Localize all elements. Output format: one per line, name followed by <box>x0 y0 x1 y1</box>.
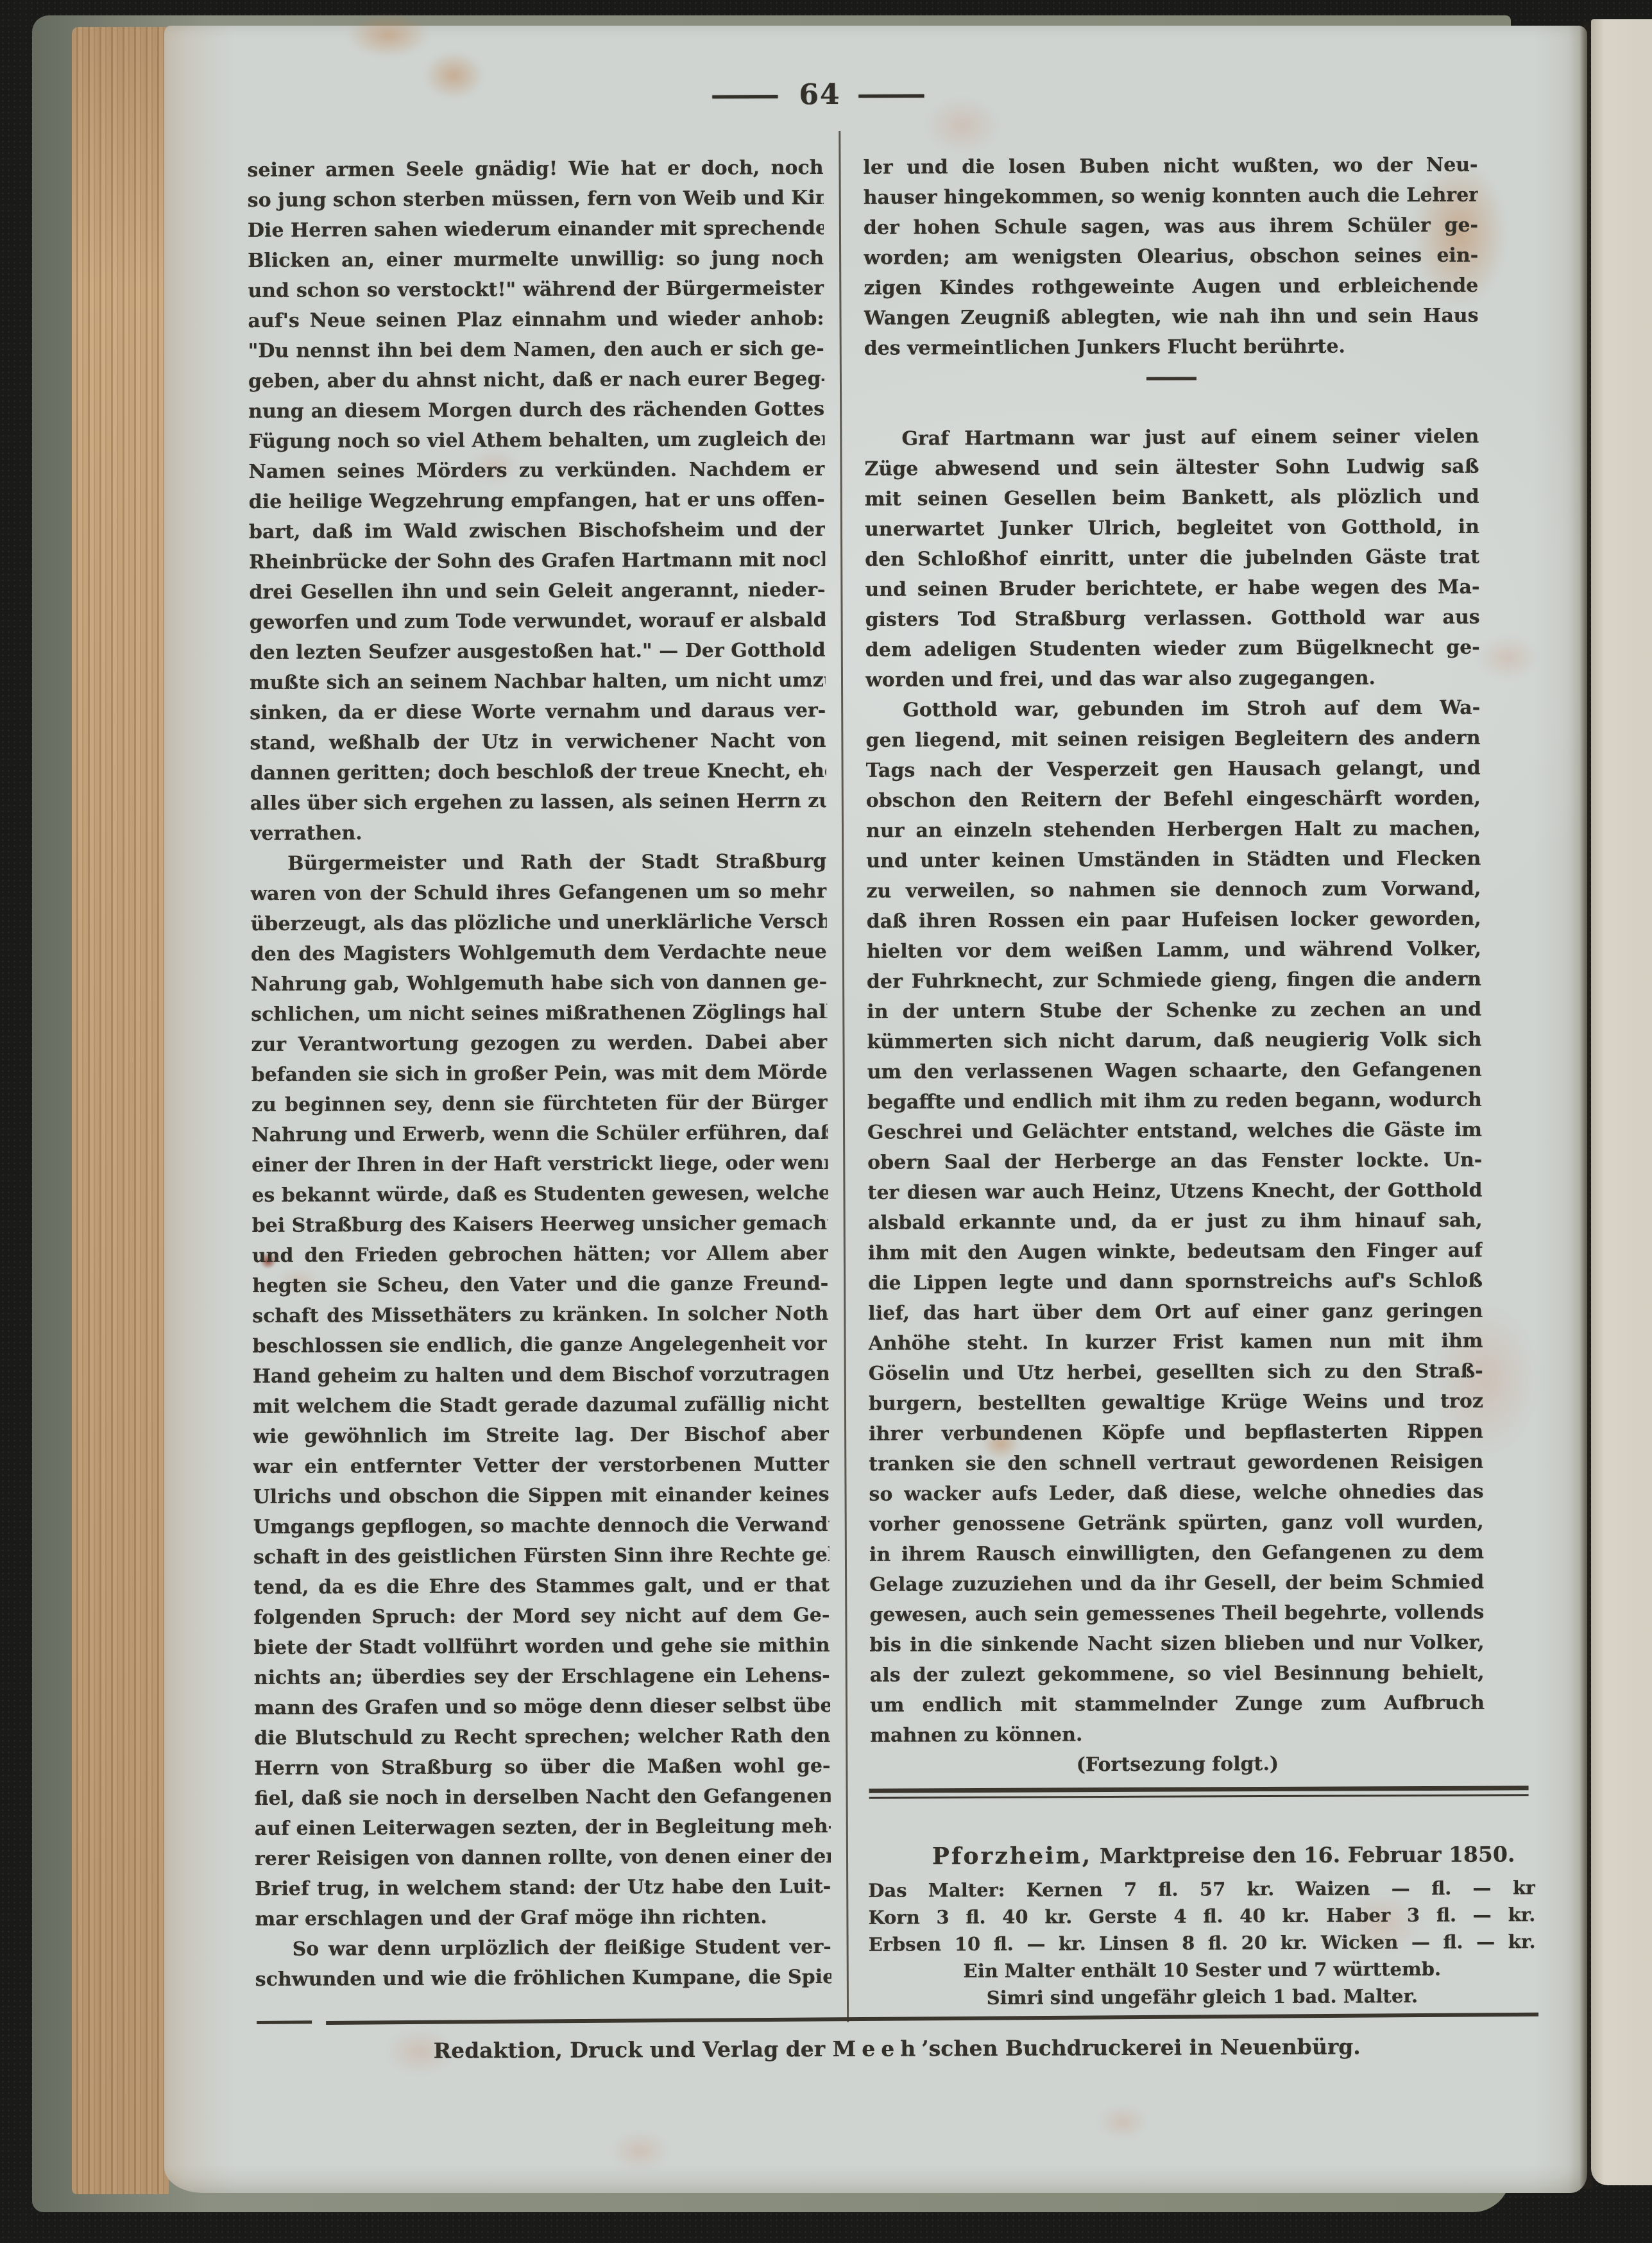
text-line: zu verweilen, so nahmen sie dennoch zum … <box>866 874 1481 907</box>
text-line: Fügung noch so viel Athem behalten, um z… <box>248 424 824 457</box>
text-line: kümmerten sich nicht darum, daß neugieri… <box>867 1025 1481 1057</box>
text-line: folgenden Spruch: der Mord sey nicht auf… <box>253 1600 830 1633</box>
text-line: auf einen Leiterwagen sezten, der in Beg… <box>255 1811 831 1844</box>
text-line: nur an einzeln stehenden Herbergen Halt … <box>866 814 1481 846</box>
text-line: die Blutschuld zu Recht sprechen; welche… <box>254 1721 830 1753</box>
text-line: so jung schon sterben müssen, fern von W… <box>248 183 824 216</box>
text-line: in der untern Stube der Schenke zu zeche… <box>867 994 1481 1027</box>
text-line: gen liegend, mit seinen reisigen Begleit… <box>865 723 1480 756</box>
text-line: worden und frei, und das war also zugega… <box>865 663 1480 695</box>
imprint-pre: Redaktion, Druck und Verlag der <box>434 2036 833 2063</box>
text-line: stand, weßhalb der Utz in verwichener Na… <box>250 726 826 758</box>
text-line: schaft des Missethäters zu kränken. In s… <box>252 1299 828 1331</box>
market-report: Das Malter: Kernen 7 fl. 57 kr. Waizen —… <box>868 1874 1536 2012</box>
text-line: um endlich mit stammelnder Zunge zum Auf… <box>870 1688 1485 1721</box>
text-line: Züge abwesend und sein ältester Sohn Lud… <box>864 452 1479 484</box>
text-line: drei Gesellen ihn und sein Geleit angera… <box>249 575 825 608</box>
text-line: mahnen zu können. <box>870 1718 1485 1751</box>
printed-page-content: — 64 — seiner armen Seele gnädig! Wie ha… <box>0 0 1652 2243</box>
imprint-post: ’schen Buchdruckerei in Neuenbürg. <box>921 2034 1361 2061</box>
text-line: ler und die losen Buben nicht wußten, wo… <box>863 150 1477 183</box>
text-line: geworfen und zum Tode verwundet, worauf … <box>249 605 825 638</box>
text-line: hegten sie Scheu, den Vater und die ganz… <box>252 1268 828 1301</box>
text-line: mar erschlagen und der Graf möge ihn ric… <box>255 1902 831 1934</box>
text-line: um den verlassenen Wagen schaarte, den G… <box>867 1055 1482 1087</box>
text-line: zu beginnen sey, denn sie fürchteten für… <box>251 1087 828 1120</box>
text-line: waren von der Schuld ihres Gefangenen um… <box>250 876 826 909</box>
imprint-printer-name: Meeh <box>833 2036 922 2061</box>
text-line: schwunden und wie die fröhlichen Kumpane… <box>255 1962 831 1995</box>
text-line: den lezten Seufzer ausgestoßen hat." — D… <box>250 635 826 668</box>
text-line: schaft in des geistlichen Fürsten Sinn i… <box>253 1540 830 1573</box>
text-line: Namen seines Mörders zu verkünden. Nachd… <box>248 454 824 487</box>
text-line: ihm mit den Augen winkte, bedeutsam den … <box>868 1236 1483 1268</box>
text-line: und schon so verstockt!" während der Bür… <box>248 273 824 306</box>
text-line: befanden sie sich in großer Pein, was mi… <box>251 1057 828 1090</box>
text-line: die Lippen legte und dann spornstreichs … <box>868 1266 1483 1299</box>
text-line: bis in die sinkende Nacht sizen blieben … <box>869 1628 1484 1660</box>
market-city: Pforzheim, <box>932 1842 1093 1870</box>
text-line: ihrer verbundenen Köpfe und bepflasterte… <box>869 1417 1483 1449</box>
right-text-column: ler und die losen Buben nicht wußten, wo… <box>863 150 1485 1781</box>
text-line: es bekannt würde, daß es Studenten gewes… <box>251 1178 828 1211</box>
text-line: dannen geritten; doch beschloß der treue… <box>250 756 826 789</box>
text-line: Tags nach der Vesperzeit gen Hausach gel… <box>866 753 1481 786</box>
text-line: und seinen Bruder berichtete, er habe we… <box>865 572 1479 605</box>
text-line: nung an diesem Morgen durch des rächende… <box>248 394 824 427</box>
bottom-rule <box>326 2013 1538 2025</box>
page-number-header: — 64 — <box>246 69 1394 119</box>
text-line: obern Saal der Herberge an das Fenster l… <box>867 1145 1482 1178</box>
text-line: Nahrung gab, Wohlgemuth habe sich von da… <box>251 967 827 1000</box>
text-line: Geschrei und Gelächter entstand, welches… <box>867 1115 1482 1148</box>
text-line: tranken sie den schnell vertraut geworde… <box>869 1447 1483 1480</box>
text-line: als der zulezt gekommene, so viel Besinn… <box>870 1658 1485 1691</box>
market-heading-rest: Marktpreise den 16. Februar 1850. <box>1092 1841 1515 1868</box>
text-line: vorher genossene Getränk spürten, ganz v… <box>869 1507 1484 1540</box>
market-report-heading: Pforzheim, Marktpreise den 16. Februar 1… <box>871 1837 1535 1873</box>
text-line: beschlossen sie endlich, die ganze Angel… <box>252 1329 828 1361</box>
text-line: des vermeintlichen Junkers Flucht berühr… <box>864 331 1479 364</box>
text-line: Göselin und Utz herbei, gesellten sich z… <box>869 1356 1483 1389</box>
text-line: bart, daß im Wald zwischen Bischofsheim … <box>249 515 825 547</box>
text-line: alles über sich ergehen zu lassen, als s… <box>250 786 826 819</box>
text-line: einer der Ihren in der Haft verstrickt l… <box>251 1148 828 1181</box>
text-line: begaffte und endlich mit ihm zu reden be… <box>867 1085 1482 1118</box>
text-line: Blicken an, einer murmelte unwillig: so … <box>248 243 824 276</box>
text-line <box>864 391 1479 424</box>
text-line: biete der Stadt vollführt worden und geh… <box>253 1630 830 1663</box>
text-line: bei Straßburg des Kaisers Heerweg unsich… <box>252 1208 828 1241</box>
text-line: wie gewöhnlich im Streite lag. Der Bisch… <box>253 1419 829 1452</box>
text-line: Gelage zuzuziehen und da ihr Gesell, der… <box>869 1567 1484 1600</box>
text-line: der hohen Schule sagen, was aus ihrem Sc… <box>864 210 1478 243</box>
text-line: "Du nennst ihn bei dem Namen, den auch e… <box>248 334 824 366</box>
text-line: Bürgermeister und Rath der Stadt Straßbu… <box>250 846 826 879</box>
text-line: lief, das hart über dem Ort auf einer ga… <box>868 1296 1483 1329</box>
text-line: dem adeligen Studenten wieder zum Bügelk… <box>865 633 1480 665</box>
text-line: Herrn von Straßburg so über die Maßen wo… <box>254 1751 830 1784</box>
text-line: auf's Neue seinen Plaz einnahm und wiede… <box>248 303 824 336</box>
text-line: den des Magisters Wohlgemuth dem Verdach… <box>251 937 827 969</box>
text-line: den Schloßhof einritt, unter die jubelnd… <box>865 542 1479 575</box>
text-line: und den Frieden gebrochen hätten; vor Al… <box>252 1238 828 1271</box>
text-line: Anhöhe steht. In kurzer Frist kamen nun … <box>868 1326 1483 1359</box>
text-line: (Fortsezung folgt.) <box>870 1748 1485 1781</box>
imprint-footer: Redaktion, Druck und Verlag der Meeh’sch… <box>255 2029 1538 2068</box>
text-line: Umgangs gepflogen, so machte dennoch die… <box>253 1510 830 1542</box>
line-bold-lead: Das Malter: <box>868 1879 1005 1902</box>
text-line: Brief trug, in welchem stand: der Utz ha… <box>255 1872 831 1904</box>
text-line: die heilige Wegzehrung empfangen, hat er… <box>249 484 825 517</box>
text-line: Erbsen 10 fl. — kr. Linsen 8 fl. 20 kr. … <box>869 1928 1536 1958</box>
bottom-rule-fragment <box>257 2020 312 2024</box>
section-divider-dash <box>864 361 1479 394</box>
header-left-dash: — <box>708 78 785 112</box>
text-line: hauser hingekommen, so wenig konnten auc… <box>864 180 1478 213</box>
text-line: Die Herren sahen wiederum einander mit s… <box>248 213 824 246</box>
text-line: Nahrung und Erwerb, wenn die Schüler erf… <box>251 1118 828 1150</box>
text-line: gewesen, auch sein gemessenes Theil bege… <box>869 1598 1484 1630</box>
book-scan: { "page": { "number": "64", "paper_color… <box>0 0 1652 2243</box>
text-line: war ein entfernter Vetter der verstorben… <box>253 1449 829 1482</box>
text-line: Wangen Zeugniß ablegten, wie nah ihn und… <box>864 301 1478 334</box>
text-line: mann des Grafen und so möge denn dieser … <box>254 1691 830 1723</box>
text-line: Gotthold war, gebunden im Stroh auf dem … <box>865 693 1480 726</box>
text-line: seiner armen Seele gnädig! Wie hat er do… <box>247 153 823 185</box>
text-line: unerwartet Junker Ulrich, begleitet von … <box>865 512 1479 545</box>
page-number: 64 <box>799 78 840 110</box>
text-line: obschon den Reitern der Befehl eingeschä… <box>866 783 1481 816</box>
text-line: mußte sich an seinem Nachbar halten, um … <box>250 665 826 698</box>
header-right-dash: — <box>855 78 932 111</box>
column-divider-rule <box>839 131 849 2022</box>
text-line: Ein Malter enthält 10 Sester und 7 württ… <box>869 1955 1536 1985</box>
text-line: Rheinbrücke der Sohn des Grafen Hartmann… <box>249 545 825 577</box>
text-line: schlichen, um nicht seines mißrathenen Z… <box>251 997 827 1030</box>
text-line: Das Malter: Kernen 7 fl. 57 kr. Waizen —… <box>868 1874 1535 1904</box>
text-line: hielten vor dem weißen Lamm, und während… <box>867 934 1481 967</box>
section-double-rule <box>869 1786 1529 1798</box>
text-line: Korn 3 fl. 40 kr. Gerste 4 fl. 40 kr. Ha… <box>868 1901 1535 1931</box>
text-line: Ulrichs und obschon die Sippen mit einan… <box>253 1480 829 1512</box>
text-line: zigen Kindes rothgeweinte Augen und erbl… <box>864 271 1478 303</box>
text-line: daß ihren Rossen ein paar Hufeisen locke… <box>867 904 1481 937</box>
text-line: gisters Tod Straßburg verlassen. Gotthol… <box>865 602 1479 635</box>
text-line: So war denn urplözlich der fleißige Stud… <box>255 1932 831 1965</box>
text-line: ter diesen war auch Heinz, Utzens Knecht… <box>867 1175 1482 1208</box>
text-line: in ihrem Rausch einwilligten, den Gefang… <box>869 1537 1484 1570</box>
text-line: und unter keinen Umständen in Städten un… <box>866 844 1481 876</box>
text-line: rerer Reisigen von dannen rollte, von de… <box>255 1841 831 1874</box>
text-line: Graf Hartmann war just auf einem seiner … <box>864 422 1479 454</box>
text-line: nichts an; überdies sey der Erschlagene … <box>254 1660 830 1693</box>
text-line: alsbald erkannte und, da er just zu ihm … <box>868 1206 1483 1238</box>
text-line: Hand geheim zu halten und dem Bischof vo… <box>253 1359 829 1392</box>
text-line: überzeugt, als das plözliche und unerklä… <box>251 907 827 939</box>
text-line: tend, da es die Ehre des Stammes galt, u… <box>253 1570 830 1603</box>
text-line: worden; am wenigsten Olearius, obschon s… <box>864 241 1478 273</box>
text-line: mit seinen Gesellen beim Bankett, als pl… <box>865 482 1479 515</box>
left-text-column: seiner armen Seele gnädig! Wie hat er do… <box>247 153 831 1995</box>
text-line: fiel, daß sie noch in derselben Nacht de… <box>254 1781 830 1814</box>
text-line: zur Verantwortung gezogen zu werden. Dab… <box>251 1027 827 1060</box>
text-line: mit welchem die Stadt gerade dazumal zuf… <box>253 1389 829 1422</box>
text-line: Simri sind ungefähr gleich 1 bad. Malter… <box>869 1982 1536 2012</box>
text-line: burgern, bestellten gewaltige Krüge Wein… <box>869 1386 1483 1419</box>
short-rule <box>1146 377 1196 380</box>
text-line: der Fuhrknecht, zur Schmiede gieng, fing… <box>867 964 1481 997</box>
text-line: so wacker aufs Leder, daß diese, welche … <box>869 1477 1483 1510</box>
text-line: verrathen. <box>250 816 826 849</box>
text-line: sinken, da er diese Worte vernahm und da… <box>250 695 826 728</box>
text-line: geben, aber du ahnst nicht, daß er nach … <box>248 364 824 397</box>
